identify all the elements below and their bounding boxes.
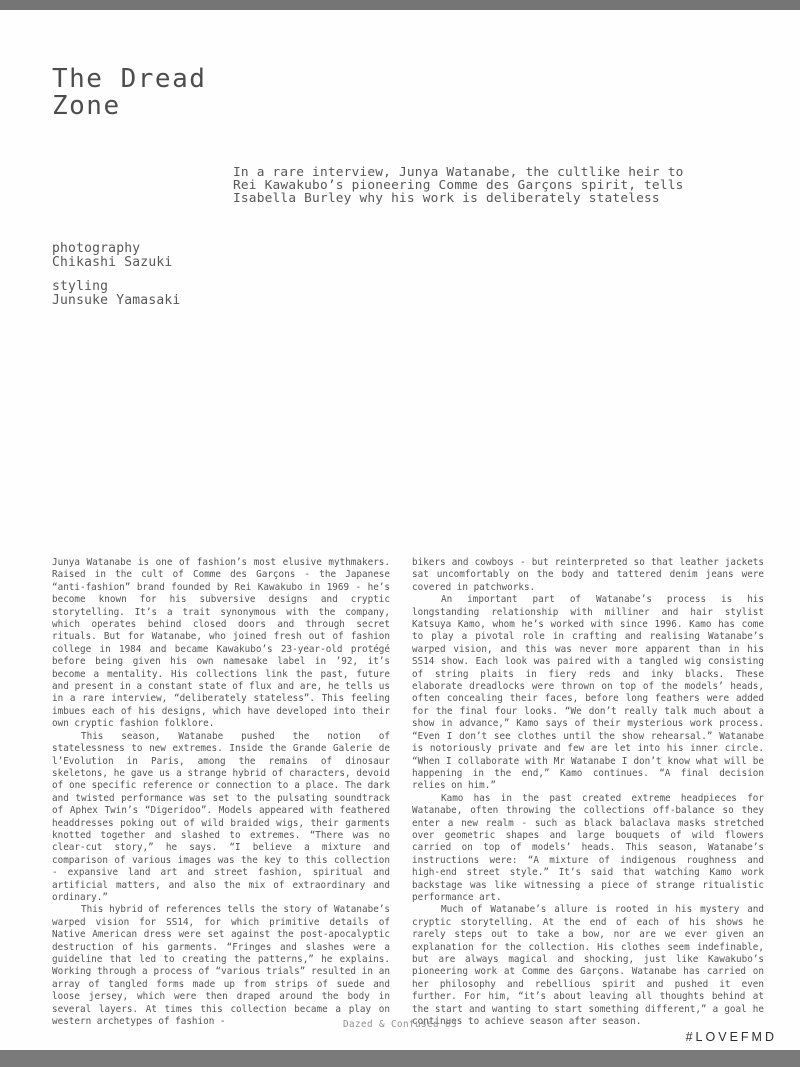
credit-name: Junsuke Yamasaki xyxy=(52,294,180,308)
paragraph: An important part of Watanabe’s process … xyxy=(412,594,764,793)
standfirst-line: Isabella Burley why his work is delibera… xyxy=(233,192,684,205)
credit-role: styling xyxy=(52,280,180,294)
credits: photography Chikashi Sazuki styling Juns… xyxy=(52,242,180,307)
paragraph: Kamo has in the past created extreme hea… xyxy=(412,793,764,905)
credit-role: photography xyxy=(52,242,180,256)
article-standfirst: In a rare interview, Junya Watanabe, the… xyxy=(233,166,684,206)
article-body: Junya Watanabe is one of fashion’s most … xyxy=(52,557,764,1028)
credit-styling: styling Junsuke Yamasaki xyxy=(52,280,180,307)
top-border-bar xyxy=(0,0,800,10)
paragraph: This season, Watanabe pushed the notion … xyxy=(52,731,390,905)
title-line-1: The Dread xyxy=(52,66,206,93)
magazine-page: The Dread Zone In a rare interview, Juny… xyxy=(0,0,800,1067)
bottom-border-bar xyxy=(0,1050,800,1067)
body-column-left: Junya Watanabe is one of fashion’s most … xyxy=(52,557,390,1028)
article-title: The Dread Zone xyxy=(52,66,206,120)
paragraph: Junya Watanabe is one of fashion’s most … xyxy=(52,557,390,731)
footer-magazine-credit: Dazed & Confused 63 xyxy=(0,1019,800,1030)
paragraph: Much of Watanabe’s allure is rooted in h… xyxy=(412,904,764,1028)
credit-photography: photography Chikashi Sazuki xyxy=(52,242,180,269)
credit-name: Chikashi Sazuki xyxy=(52,256,180,270)
paragraph: bikers and cowboys - but reinterpreted s… xyxy=(412,557,764,594)
body-column-right: bikers and cowboys - but reinterpreted s… xyxy=(412,557,764,1028)
lovefmd-watermark: #LOVEFMD xyxy=(686,1030,777,1044)
paragraph: This hybrid of references tells the stor… xyxy=(52,904,390,1028)
title-line-2: Zone xyxy=(52,93,206,120)
